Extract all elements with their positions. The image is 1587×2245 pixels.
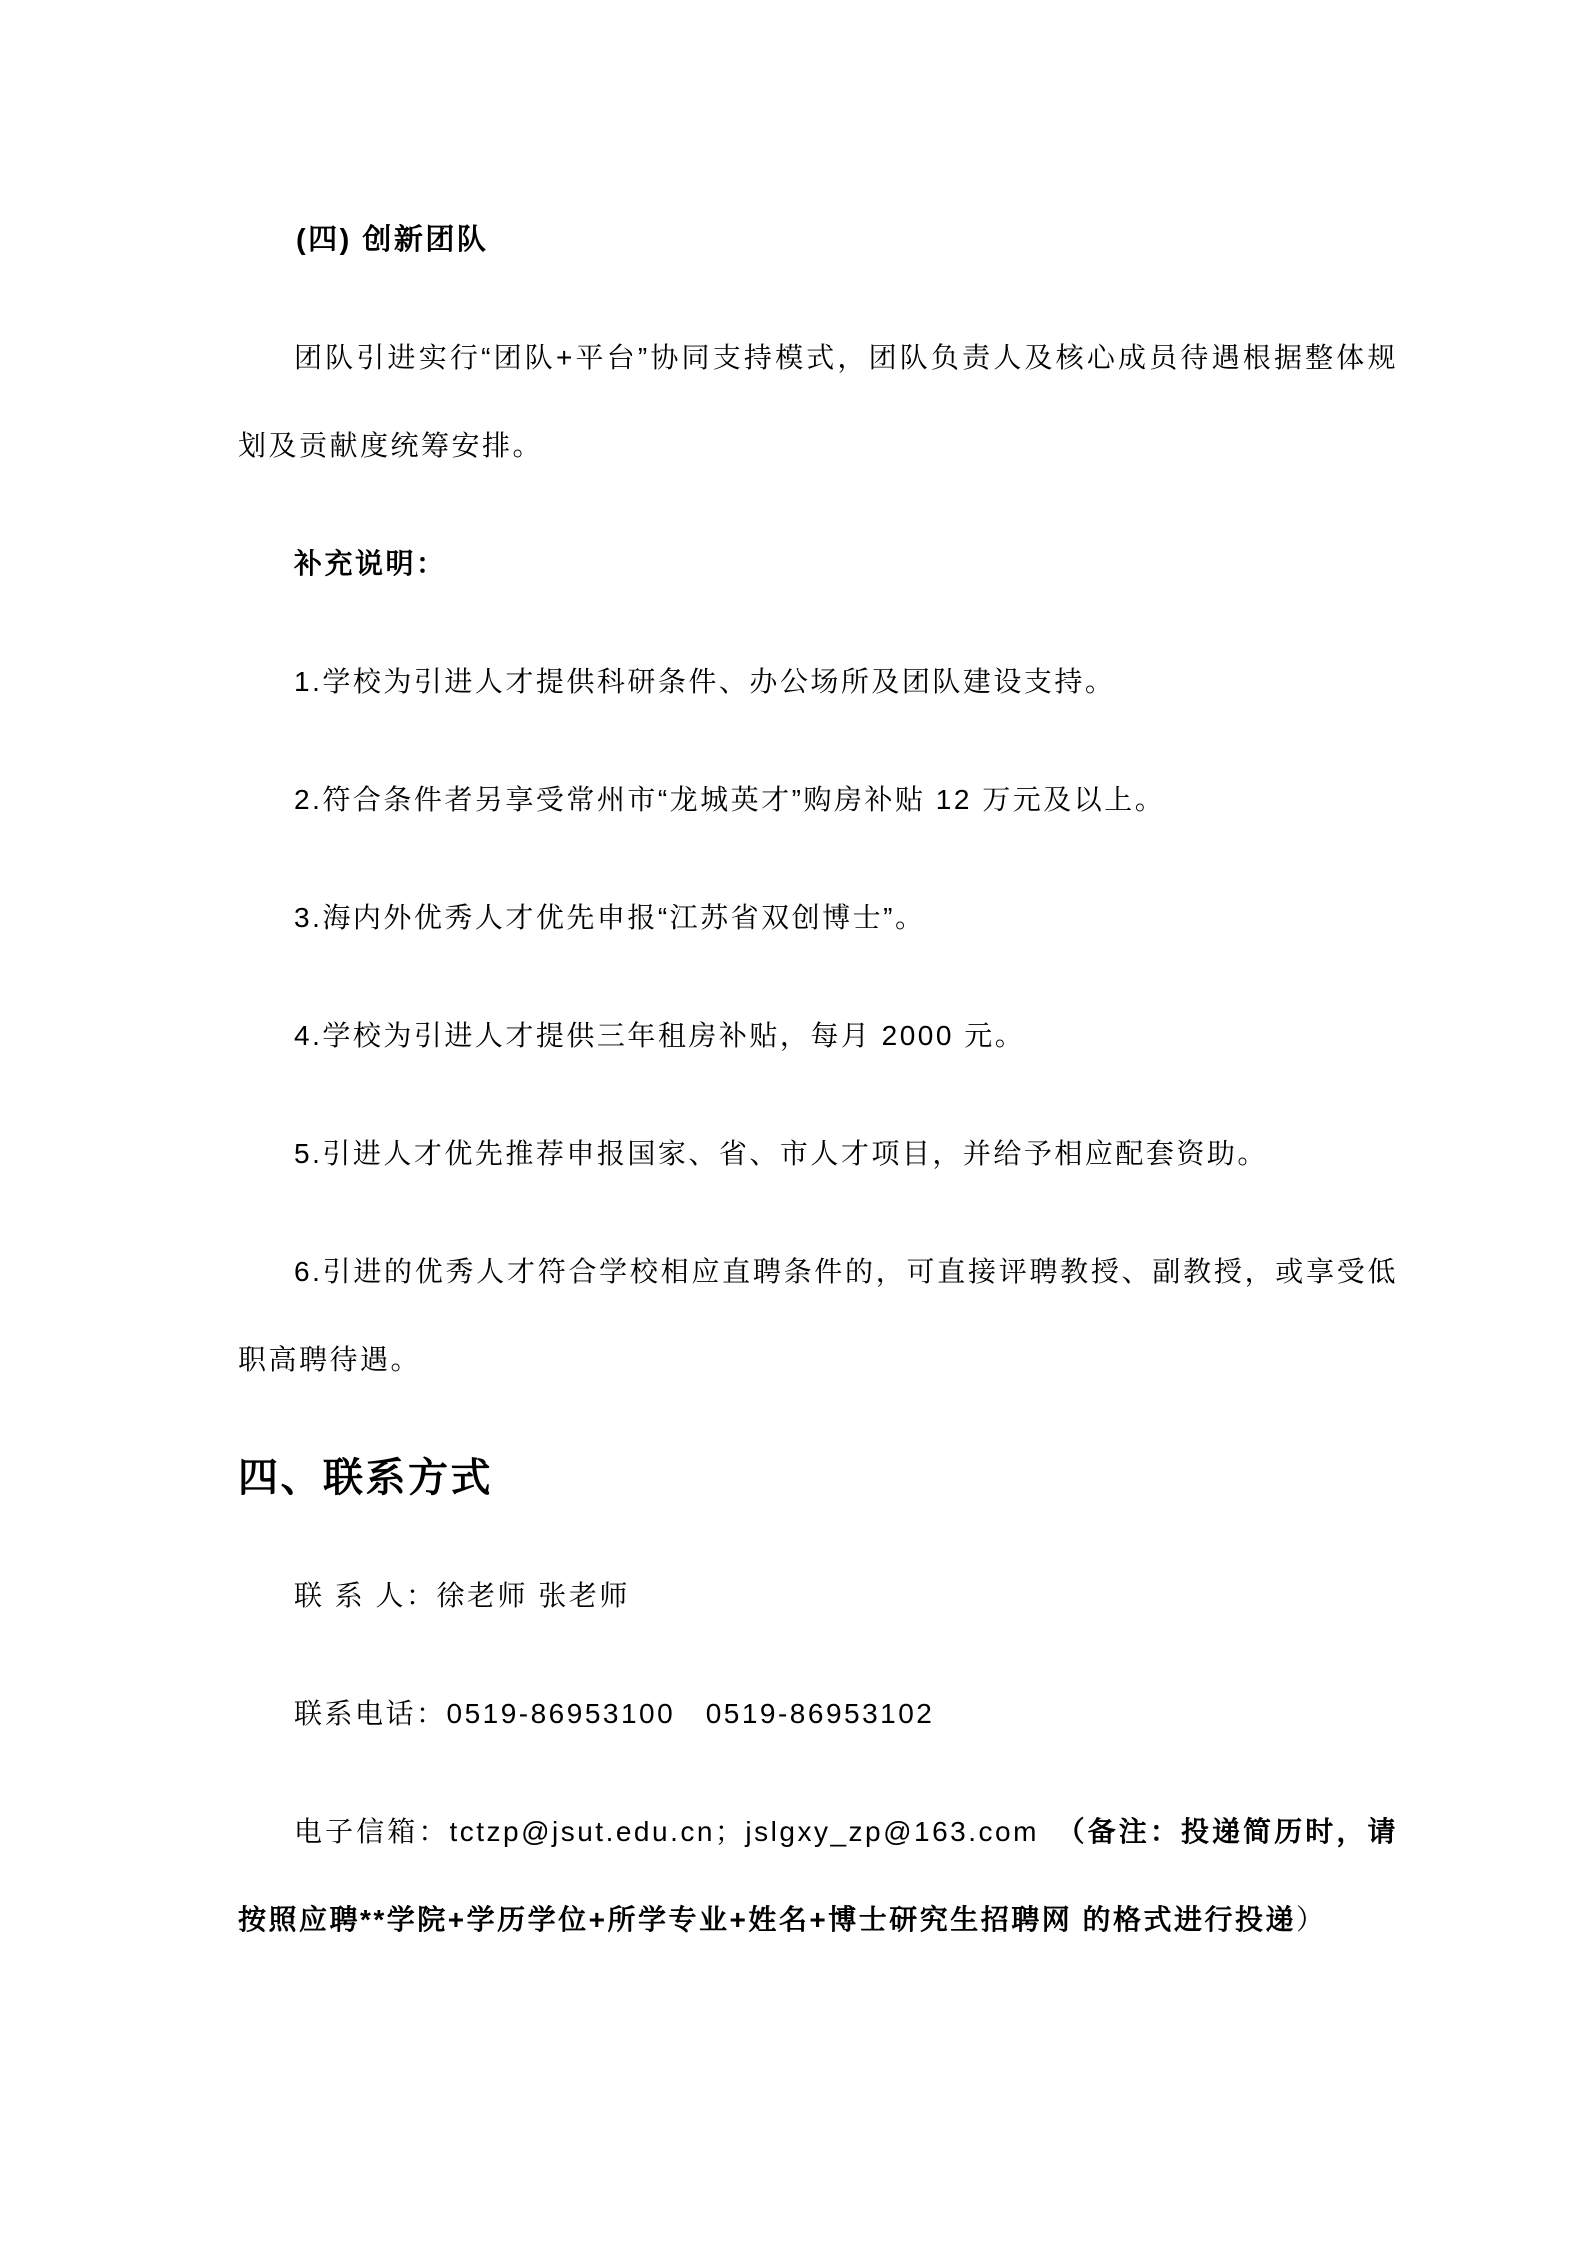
supplement-item-1: 1.学校为引进人才提供科研条件、办公场所及团队建设支持。: [238, 638, 1398, 726]
supplement-item-4: 4.学校为引进人才提供三年租房补贴，每月 2000 元。: [238, 992, 1398, 1080]
section4-heading: (四) 创新团队: [238, 196, 1398, 284]
contact-email-line: 电子信箱：tctzp@jsut.edu.cn；jslgxy_zp@163.com…: [238, 1788, 1398, 1964]
supplement-item-5: 5.引进人才优先推荐申报国家、省、市人才项目，并给予相应配套资助。: [238, 1110, 1398, 1198]
supplement-label: 补充说明：: [238, 520, 1398, 608]
supplement-item-3: 3.海内外优秀人才优先申报“江苏省双创博士”。: [238, 874, 1398, 962]
contact-phone-line: 联系电话：0519-86953100 0519-86953102: [238, 1670, 1398, 1758]
email-note-close: ）: [1296, 1904, 1327, 1935]
supplement-item-2: 2.符合条件者另享受常州市“龙城英才”购房补贴 12 万元及以上。: [238, 756, 1398, 844]
supplement-item-6: 6.引进的优秀人才符合学校相应直聘条件的，可直接评聘教授、副教授，或享受低职高聘…: [238, 1228, 1398, 1404]
email-label-and-value: 电子信箱：tctzp@jsut.edu.cn；jslgxy_zp@163.com: [294, 1816, 1039, 1847]
document-content: (四) 创新团队 团队引进实行“团队+平台”协同支持模式，团队负责人及核心成员待…: [0, 0, 1587, 1964]
document-page: (四) 创新团队 团队引进实行“团队+平台”协同支持模式，团队负责人及核心成员待…: [0, 0, 1587, 2245]
contact-section-heading: 四、联系方式: [238, 1434, 1398, 1522]
contact-person-line: 联 系 人：徐老师 张老师: [238, 1552, 1398, 1640]
team-intro-paragraph: 团队引进实行“团队+平台”协同支持模式，团队负责人及核心成员待遇根据整体规划及贡…: [238, 314, 1398, 490]
